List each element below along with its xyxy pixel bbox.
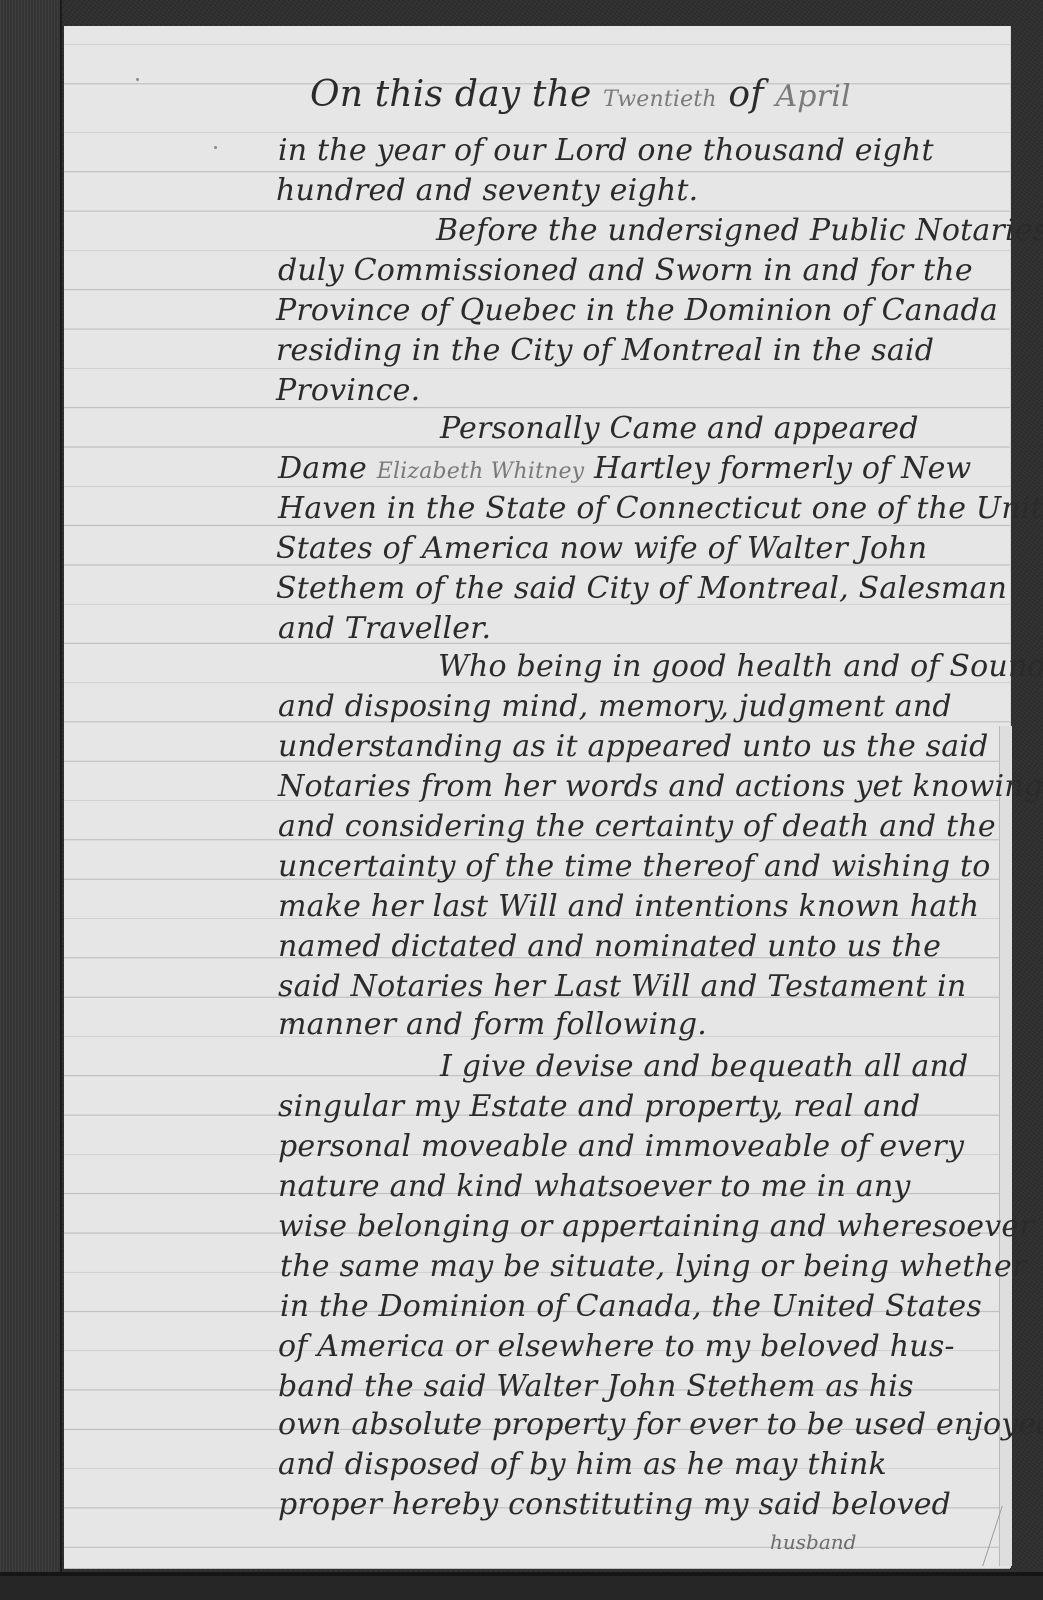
line-36: proper hereby constituting my said belov…: [278, 1486, 951, 1524]
line-12: States of America now wife of Walter Joh…: [276, 530, 927, 568]
inserted-date-month: April: [775, 79, 850, 114]
line-22: named dictated and nominated unto us the: [278, 928, 941, 966]
line-14: and Traveller.: [278, 610, 491, 648]
line-23: said Notaries her Last Will and Testamen…: [278, 968, 966, 1006]
line-31: in the Dominion of Canada, the United St…: [280, 1288, 982, 1326]
line-33: band the said Walter John Stethem as his: [278, 1368, 914, 1406]
line-text: Hartley formerly of New: [584, 451, 971, 486]
line-text: Dame: [278, 451, 377, 486]
line-9: Personally Came and appeared: [440, 410, 919, 448]
line-29: wise belonging or appertaining and where…: [278, 1208, 1034, 1246]
line-20: uncertainty of the time thereof and wish…: [278, 848, 991, 886]
line-35: and disposed of by him as he may think: [278, 1446, 887, 1484]
line-5: duly Commissioned and Sworn in and for t…: [278, 252, 973, 290]
line-32: of America or elsewhere to my beloved hu…: [278, 1328, 955, 1366]
handwritten-text: On this day the Twentieth of April in th…: [64, 26, 1010, 1568]
line-text: On this day the: [310, 74, 603, 115]
line-10: Dame Elizabeth Whitney Hartley formerly …: [278, 450, 971, 491]
line-16: and disposing mind, memory, judgment and: [278, 688, 952, 726]
line-7: residing in the City of Montreal in the …: [276, 332, 934, 370]
line-11: Haven in the State of Connecticut one of…: [278, 490, 1043, 528]
line-30: the same may be situate, lying or being …: [280, 1248, 1027, 1286]
catchword: husband: [770, 1530, 856, 1554]
line-26: singular my Estate and property, real an…: [278, 1088, 920, 1126]
line-13: Stethem of the said City of Montreal, Sa…: [276, 570, 1007, 608]
line-8: Province.: [276, 372, 420, 410]
line-15: Who being in good health and of Sound: [438, 648, 1043, 686]
book-binding-bottom: [0, 1572, 1043, 1600]
line-3: hundred and seventy eight.: [276, 172, 698, 210]
line-19: and considering the certainty of death a…: [278, 808, 996, 846]
line-28: nature and kind whatsoever to me in any: [278, 1168, 911, 1206]
line-34: own absolute property for ever to be use…: [278, 1406, 1043, 1444]
line-25: I give devise and bequeath all and: [440, 1048, 968, 1086]
book-binding-left: [0, 0, 62, 1600]
line-text: of: [717, 74, 776, 115]
line-2: in the year of our Lord one thousand eig…: [278, 132, 934, 170]
document-page: On this day the Twentieth of April in th…: [64, 26, 1010, 1568]
line-17: understanding as it appeared unto us the…: [278, 728, 989, 766]
line-24: manner and form following.: [278, 1006, 707, 1044]
line-1: On this day the Twentieth of April: [310, 76, 851, 119]
inserted-testator-name: Elizabeth Whitney: [377, 459, 585, 484]
line-4: Before the undersigned Public Notaries: [436, 212, 1043, 250]
line-21: make her last Will and intentions known …: [278, 888, 979, 926]
line-27: personal moveable and immoveable of ever…: [278, 1128, 964, 1166]
line-6: Province of Quebec in the Dominion of Ca…: [276, 292, 998, 330]
line-18: Notaries from her words and actions yet …: [278, 768, 1043, 806]
inserted-date-day: Twentieth: [603, 87, 717, 112]
